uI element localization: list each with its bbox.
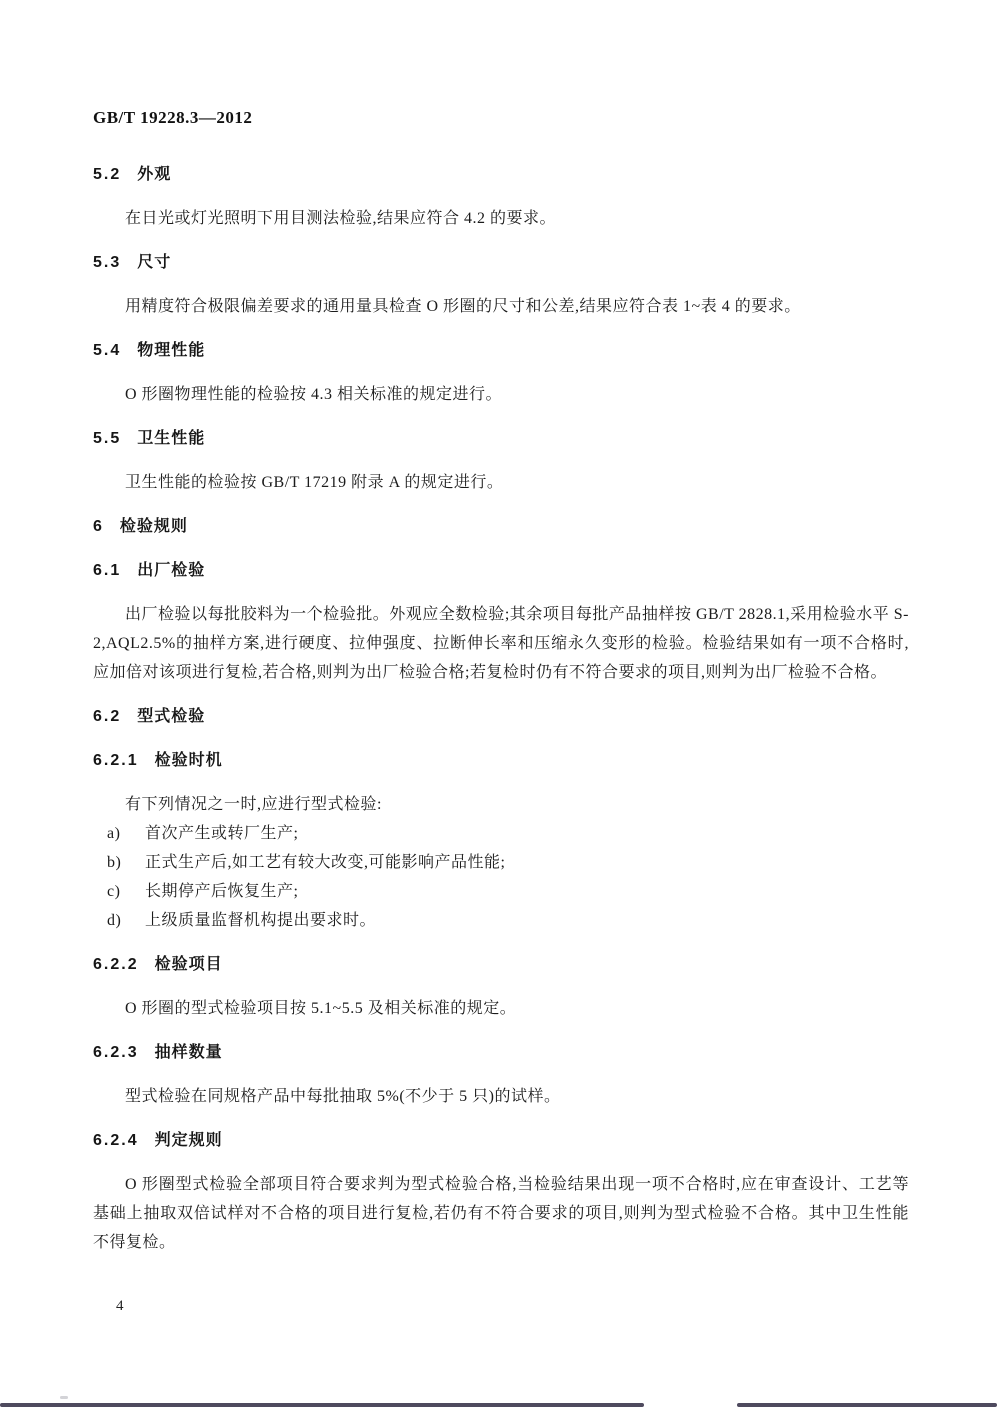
section-title: 型式检验 <box>137 708 205 725</box>
section-heading-6-2-2: 6.2.2检验项目 <box>93 950 909 979</box>
section-title: 外观 <box>137 166 171 183</box>
section-title: 判定规则 <box>155 1132 223 1149</box>
section-title: 检验规则 <box>120 518 188 535</box>
section-number: 6.2.4 <box>93 1132 139 1149</box>
section-number: 5.3 <box>93 254 121 271</box>
section-heading-6-1: 6.1出厂检验 <box>93 556 909 585</box>
list-item-text: 首次产生或转厂生产; <box>145 825 298 842</box>
list-marker: b) <box>107 848 145 877</box>
paragraph-factory-inspection: 出厂检验以每批胶料为一个检验批。外观应全数检验;其余项目每批产品抽样按 GB/T… <box>93 600 909 687</box>
paragraph-type-test-items: O 形圈的型式检验项目按 5.1~5.5 及相关标准的规定。 <box>93 994 909 1023</box>
section-number: 5.4 <box>93 342 121 359</box>
paragraph-sampling-quantity: 型式检验在同规格产品中每批抽取 5%(不少于 5 只)的试样。 <box>93 1082 909 1111</box>
list-marker: d) <box>107 906 145 935</box>
section-number: 6.1 <box>93 562 121 579</box>
list-item-text: 正式生产后,如工艺有较大改变,可能影响产品性能; <box>145 854 505 871</box>
section-heading-6-2-4: 6.2.4判定规则 <box>93 1126 909 1155</box>
section-heading-6-2-1: 6.2.1检验时机 <box>93 746 909 775</box>
document-page: GB/T 19228.3—2012 5.2外观 在日光或灯光照明下用目测法检验,… <box>0 0 997 1257</box>
section-heading-5-3: 5.3尺寸 <box>93 248 909 277</box>
list-item-b: b)正式生产后,如工艺有较大改变,可能影响产品性能; <box>93 848 909 877</box>
section-heading-6: 6检验规则 <box>93 512 909 541</box>
scan-artifact-speck <box>60 1396 68 1399</box>
section-number: 6.2.1 <box>93 752 139 769</box>
section-number: 5.5 <box>93 430 121 447</box>
list-item-text: 长期停产后恢复生产; <box>145 883 298 900</box>
section-title: 检验时机 <box>155 752 223 769</box>
paragraph-physical-properties: O 形圈物理性能的检验按 4.3 相关标准的规定进行。 <box>93 380 909 409</box>
section-number: 6.2.2 <box>93 956 139 973</box>
standard-number-header: GB/T 19228.3—2012 <box>93 106 909 130</box>
section-title: 尺寸 <box>137 254 171 271</box>
paragraph-dimensions: 用精度符合极限偏差要求的通用量具检查 O 形圈的尺寸和公差,结果应符合表 1~表… <box>93 292 909 321</box>
section-title: 物理性能 <box>137 342 205 359</box>
section-heading-5-5: 5.5卫生性能 <box>93 424 909 453</box>
list-item-text: 上级质量监督机构提出要求时。 <box>145 912 376 929</box>
section-heading-6-2-3: 6.2.3抽样数量 <box>93 1038 909 1067</box>
paragraph-type-test-intro: 有下列情况之一时,应进行型式检验: <box>93 790 909 819</box>
section-number: 6 <box>93 518 104 535</box>
paragraph-appearance: 在日光或灯光照明下用目测法检验,结果应符合 4.2 的要求。 <box>93 204 909 233</box>
paragraph-judgement-rules: O 形圈型式检验全部项目符合要求判为型式检验合格,当检验结果出现一项不合格时,应… <box>93 1170 909 1257</box>
section-heading-5-2: 5.2外观 <box>93 160 909 189</box>
list-item-c: c)长期停产后恢复生产; <box>93 877 909 906</box>
scan-artifact-bottom-bar-left <box>0 1403 644 1407</box>
section-title: 检验项目 <box>155 956 223 973</box>
scan-artifact-bottom-bar-right <box>737 1403 997 1407</box>
page-number: 4 <box>116 1298 124 1315</box>
section-number: 6.2 <box>93 708 121 725</box>
paragraph-hygiene: 卫生性能的检验按 GB/T 17219 附录 A 的规定进行。 <box>93 468 909 497</box>
list-marker: c) <box>107 877 145 906</box>
section-title: 卫生性能 <box>137 430 205 447</box>
section-number: 6.2.3 <box>93 1044 139 1061</box>
section-number: 5.2 <box>93 166 121 183</box>
list-item-d: d)上级质量监督机构提出要求时。 <box>93 906 909 935</box>
type-test-conditions-list: a)首次产生或转厂生产; b)正式生产后,如工艺有较大改变,可能影响产品性能; … <box>93 819 909 935</box>
list-marker: a) <box>107 819 145 848</box>
section-heading-5-4: 5.4物理性能 <box>93 336 909 365</box>
section-heading-6-2: 6.2型式检验 <box>93 702 909 731</box>
section-title: 出厂检验 <box>137 562 205 579</box>
section-title: 抽样数量 <box>155 1044 223 1061</box>
list-item-a: a)首次产生或转厂生产; <box>93 819 909 848</box>
